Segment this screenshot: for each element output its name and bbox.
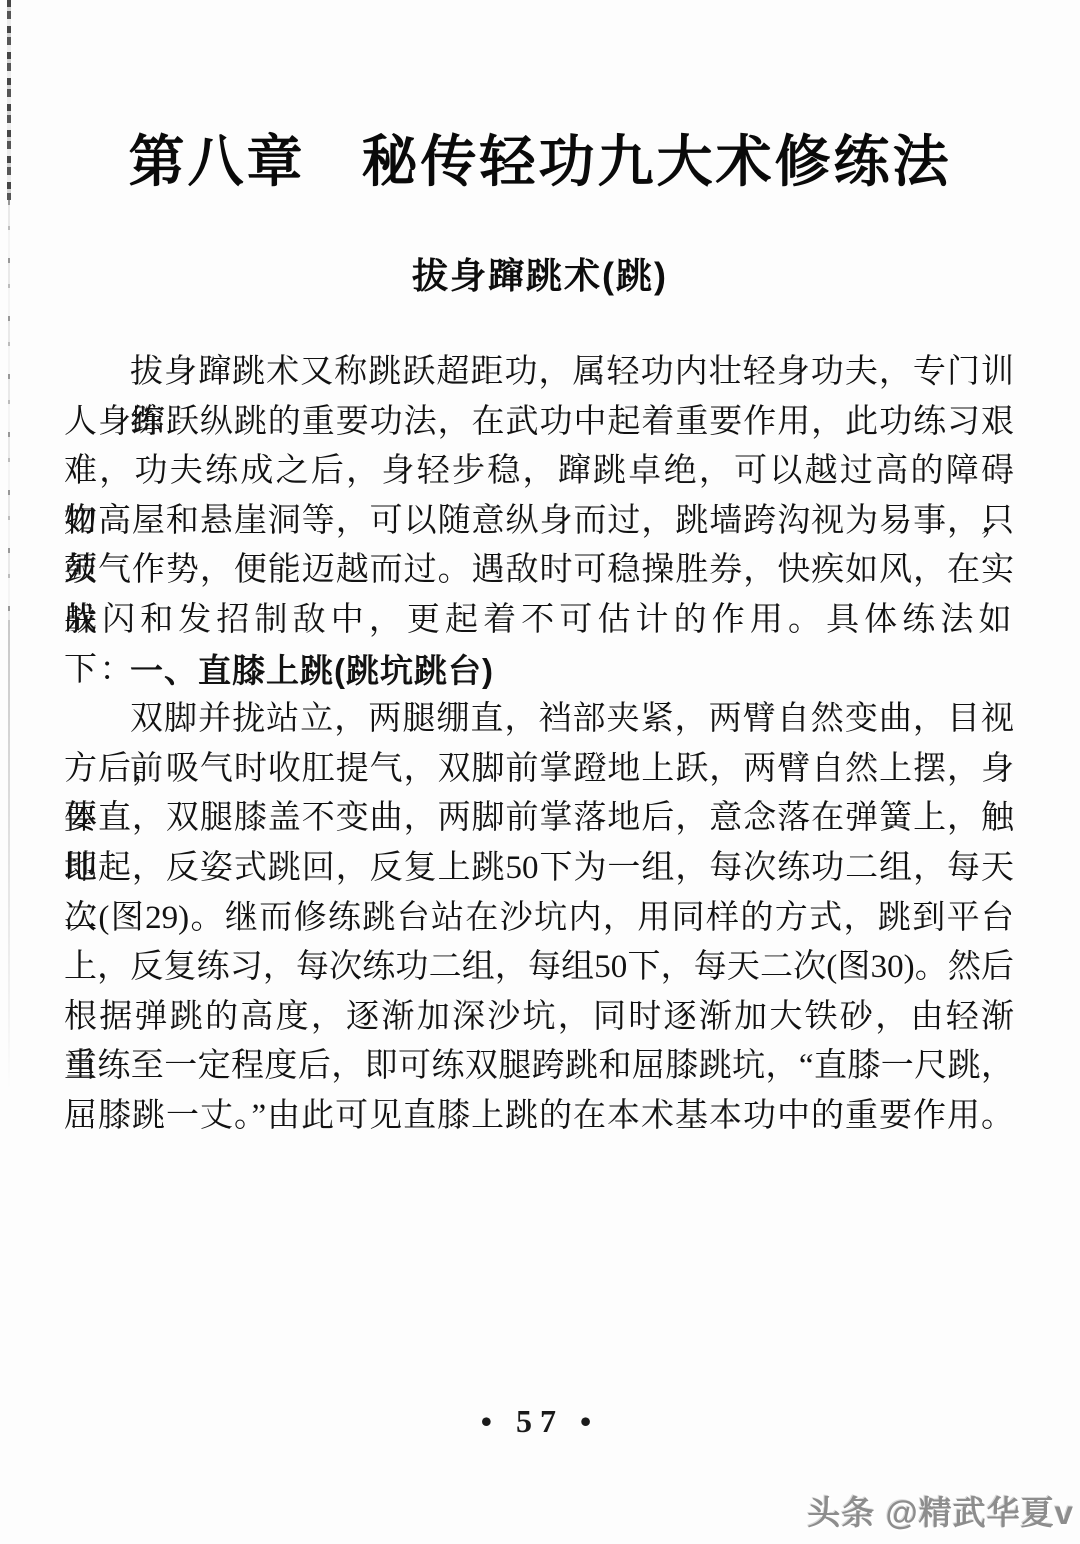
text-line: 如高屋和悬崖洞等，可以随意纵身而过，跳墙跨沟视为易事，只须 — [64, 497, 1014, 547]
page-number: • 57 • — [0, 1403, 1080, 1440]
section-subtitle: 拔身蹿跳术(跳) — [0, 248, 1080, 299]
text-line: 当练至一定程度后，即可练双腿跨跳和屈膝跳坑，“直膝一尺跳， — [64, 1042, 1014, 1092]
text-line: 次(图29)。继而修练跳台站在沙坑内，用同样的方式，跳到平台 — [64, 894, 1014, 944]
chapter-name: 秘传轻功九大术修练法 — [362, 130, 952, 193]
section-heading: 一、直膝上跳(跳坑跳台) — [64, 646, 1014, 696]
text-line: 方后，吸气时收肛提气，双脚前掌蹬地上跃，两臂自然上摆，身体 — [64, 745, 1014, 795]
text-line: 即起，反姿式跳回，反复上跳50下为一组，每次练功二组，每天二 — [64, 844, 1014, 894]
text-line: 难，功夫练成之后，身轻步稳，蹿跳卓绝，可以越过高的障碍物， — [64, 447, 1014, 497]
text-line: 人身蹿跃纵跳的重要功法，在武功中起着重要作用，此功练习艰 — [64, 398, 1014, 448]
text-line: 屈膝跳一丈。”由此可见直膝上跳的在本术基本功中的重要作用。 — [64, 1092, 1014, 1142]
text-line: 根据弹跳的高度，逐渐加深沙坑，同时逐渐加大铁砂，由轻渐重， — [64, 993, 1014, 1043]
text-line: 要直，双腿膝盖不变曲，两脚前掌落地后，意念落在弹簧上，触地 — [64, 794, 1014, 844]
watermark: 头条 @精武华夏v — [807, 1487, 1074, 1534]
scan-edge-artifact-bottom — [8, 620, 10, 1090]
text-line: 躲闪和发招制敌中，更起着不可估计的作用。具体练法如下： — [64, 596, 1014, 646]
chapter-number: 第八章 — [129, 130, 306, 193]
body-text: 拔身蹿跳术又称跳跃超距功，属轻功内壮轻身功夫，专门训练 人身蹿跃纵跳的重要功法，… — [64, 348, 1014, 1142]
text-line: 拔身蹿跳术又称跳跃超距功，属轻功内壮轻身功夫，专门训练 — [64, 348, 1014, 398]
chapter-title: 第八章秘传轻功九大术修练法 — [0, 118, 1080, 198]
scanned-book-page: 第八章秘传轻功九大术修练法 拔身蹿跳术(跳) 拔身蹿跳术又称跳跃超距功，属轻功内… — [0, 0, 1080, 1544]
text-line: 上，反复练习，每次练功二组，每组50下，每天二次(图30)。然后 — [64, 943, 1014, 993]
text-line: 双脚并拢站立，两腿绷直，裆部夹紧，两臂自然变曲，目视前 — [64, 695, 1014, 745]
text-line: 鼓气作势，便能迈越而过。遇敌时可稳操胜券，快疾如风，在实战 — [64, 546, 1014, 596]
